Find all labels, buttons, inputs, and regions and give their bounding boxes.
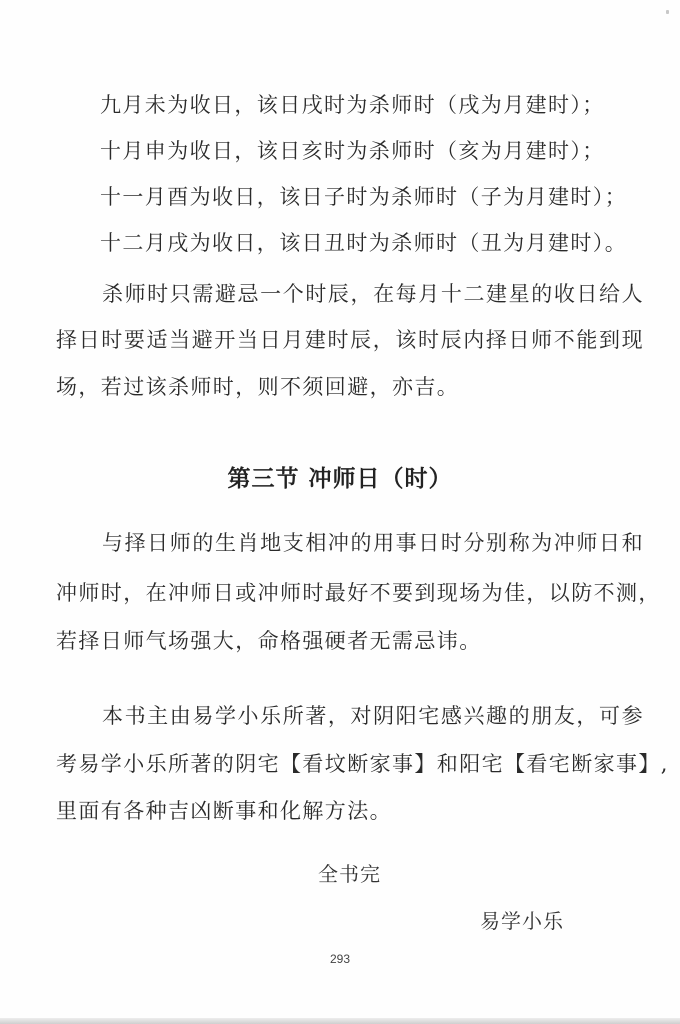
list-line-eleventh-month: 十一月酉为收日，该日子时为杀师时（子为月建时）；: [100, 184, 627, 210]
scan-speck: [666, 10, 669, 14]
paragraph-2-line-2: 冲师时，在冲师日或冲师时最好不要到现场为佳，以防不测，: [56, 580, 644, 606]
page-number: 293: [0, 952, 680, 966]
paragraph-3-line-3: 里面有各种吉凶断事和化解方法。: [56, 798, 644, 824]
list-line-twelfth-month: 十二月戌为收日，该日丑时为杀师时（丑为月建时）。: [100, 230, 627, 256]
paragraph-3-line-2: 考易学小乐所著的阴宅【看坟断家事】和阳宅【看宅断家事】,: [56, 751, 644, 777]
page-bottom-edge: [0, 1018, 680, 1024]
paragraph-1-line-1: 杀师时只需避忌一个时辰，在每月十二建星的收日给人: [102, 281, 644, 307]
author-signature: 易学小乐: [480, 905, 564, 934]
book-page: 九月未为收日，该日戌时为杀师时（戌为月建时）； 十月申为收日，该日亥时为杀师时（…: [0, 0, 680, 1018]
paragraph-1-line-2: 择日时要适当避开当日月建时辰，该时辰内择日师不能到现: [56, 327, 644, 353]
list-line-ninth-month: 九月未为收日，该日戌时为杀师时（戌为月建时）；: [100, 92, 605, 118]
end-note: 全书完: [318, 858, 381, 887]
section-heading: 第三节 冲师日（时）: [0, 460, 680, 493]
paragraph-1-line-3: 场，若过该杀师时，则不须回避，亦吉。: [56, 374, 644, 400]
paragraph-2-line-1: 与择日师的生肖地支相冲的用事日时分别称为冲师日和: [102, 530, 644, 556]
list-line-tenth-month: 十月申为收日，该日亥时为杀师时（亥为月建时）；: [100, 138, 605, 164]
paragraph-2-line-3: 若择日师气场强大，命格强硬者无需忌讳。: [56, 628, 644, 654]
paragraph-3-line-1: 本书主由易学小乐所著，对阴阳宅感兴趣的朋友，可参: [102, 703, 644, 729]
